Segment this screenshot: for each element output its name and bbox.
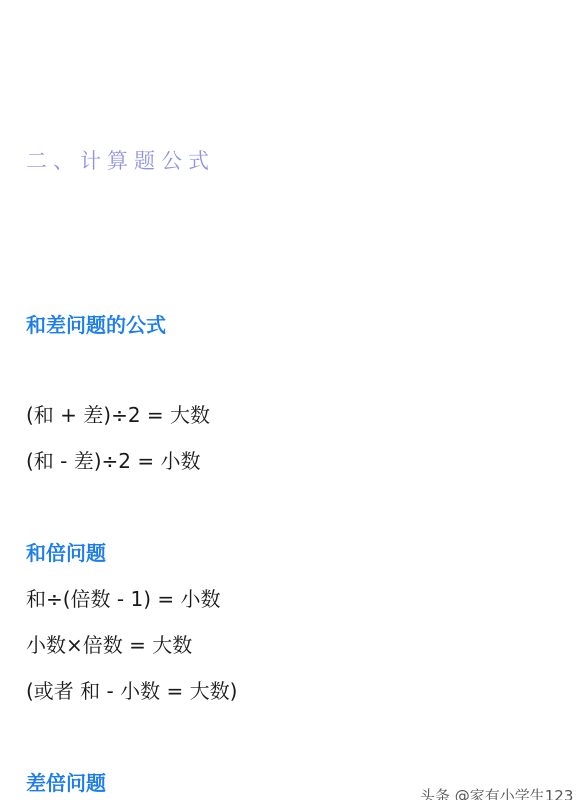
heading-sum-multiple: 和倍问题 [26,537,106,566]
heading-sum-difference: 和差问题的公式 [26,309,166,338]
formula-line: 小数×倍数 = 大数 [26,629,192,658]
formula-line: (和 - 差)÷2 = 小数 [26,445,201,474]
section-title: 二、计算题公式 [26,145,215,175]
heading-difference-multiple: 差倍问题 [26,767,106,796]
formula-line: (和 + 差)÷2 = 大数 [26,399,210,428]
formula-line: 和÷(倍数 - 1) = 小数 [26,583,221,612]
formula-line: (或者 和 - 小数 = 大数) [26,675,237,704]
watermark: 头条 @家有小学生123 [420,785,573,800]
